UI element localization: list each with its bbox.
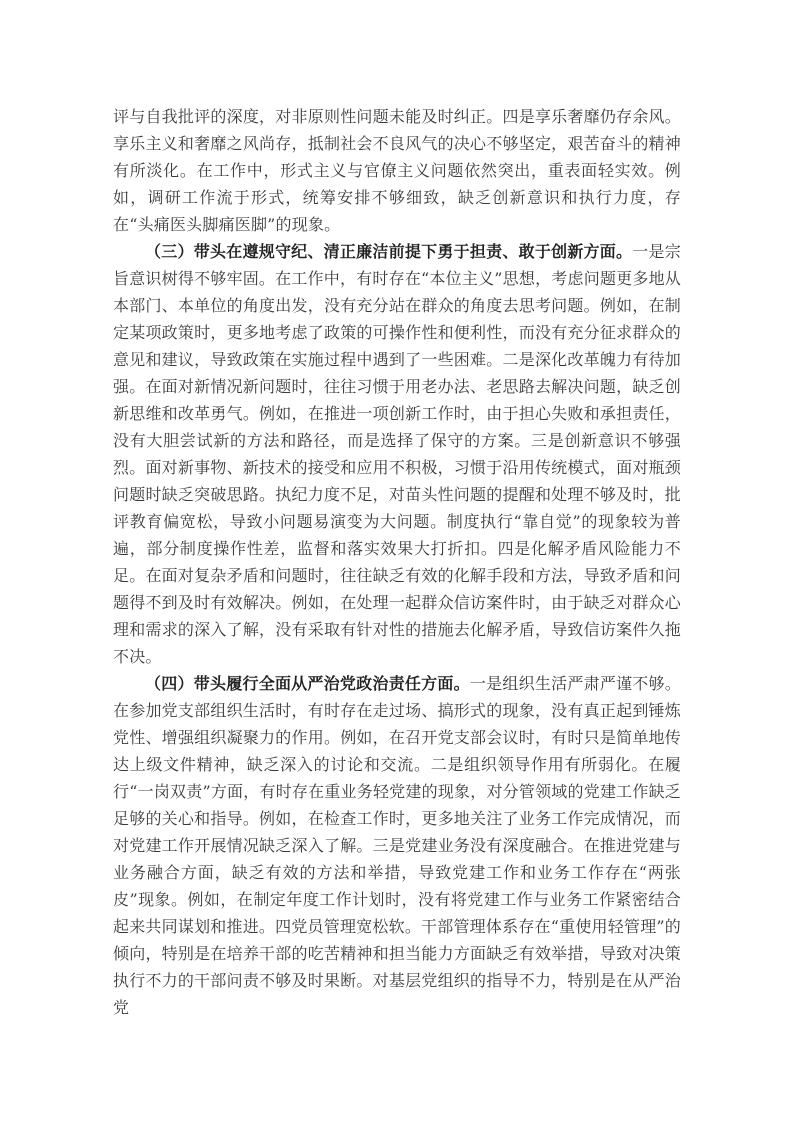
- paragraph-section-three: （三）带头在遵规守纪、清正廉洁前提下勇于担责、敢于创新方面。一是宗旨意识树得不够…: [113, 238, 681, 670]
- paragraph-body: 一是组织生活严肃严谨不够。在参加党支部组织生活时，有时存在走过场、搞形式的现象，…: [113, 674, 681, 1017]
- document-page: 评与自我批评的深度，对非原则性问题未能及时纠正。四是享乐奢靡仍存余风。享乐主义和…: [113, 103, 681, 1021]
- paragraph-continuation: 评与自我批评的深度，对非原则性问题未能及时纠正。四是享乐奢靡仍存余风。享乐主义和…: [113, 103, 681, 238]
- section-heading: （三）带头在遵规守纪、清正廉洁前提下勇于担责、敢于创新方面。: [145, 242, 632, 261]
- paragraph-section-four: （四）带头履行全面从严治党政治责任方面。一是组织生活严肃严谨不够。在参加党支部组…: [113, 670, 681, 1021]
- paragraph-body: 评与自我批评的深度，对非原则性问题未能及时纠正。四是享乐奢靡仍存余风。享乐主义和…: [113, 107, 681, 234]
- section-heading: （四）带头履行全面从严治党政治责任方面。: [145, 674, 470, 693]
- paragraph-body: 一是宗旨意识树得不够牢固。在工作中，有时存在“本位主义”思想，考虑问题更多地从本…: [113, 242, 681, 666]
